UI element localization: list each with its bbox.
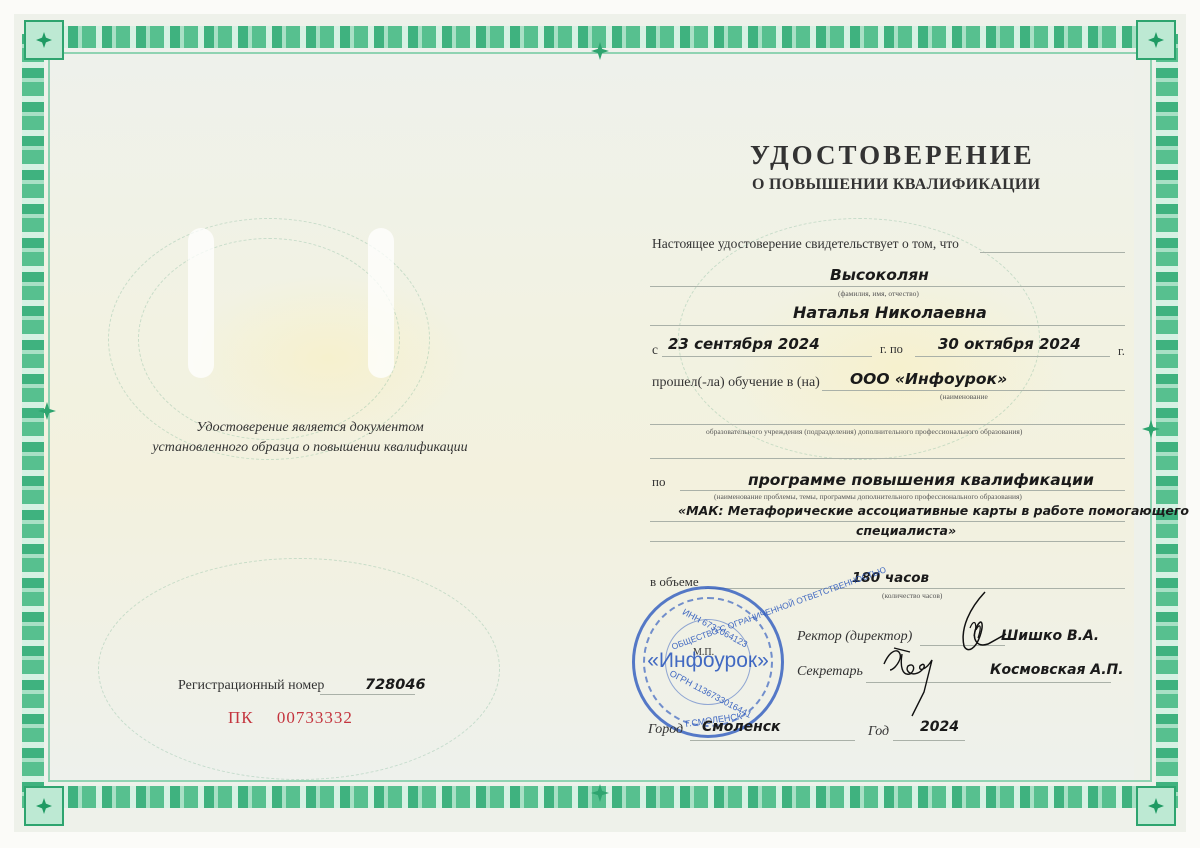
secretary-label: Секретарь <box>797 664 863 680</box>
registration-line <box>320 694 415 695</box>
year-value: 2024 <box>920 719 959 735</box>
period-from-line <box>662 356 872 357</box>
city-value: Смоленск <box>702 719 781 735</box>
program-prefix: по <box>652 474 665 490</box>
period-to-date: 30 октября 2024 <box>938 335 1081 353</box>
series-number: ПК 00733332 <box>228 708 353 728</box>
institution-caption-1: (наименование <box>940 392 988 401</box>
watermark-wave-right <box>368 228 394 378</box>
series-value: 00733332 <box>277 708 353 727</box>
series-prefix: ПК <box>228 708 254 727</box>
program-type: программе повышения квалификации <box>748 471 1094 489</box>
official-stamp: ОБЩЕСТВО С ОГРАНИЧЕННОЙ ОТВЕТСТВЕННОСТЬЮ… <box>632 586 784 738</box>
registration-label: Регистрационный номер <box>178 678 324 694</box>
left-note-line1: Удостоверение является документом <box>130 418 490 438</box>
border-left <box>22 34 44 808</box>
secretary-name: Космовская А.П. <box>990 662 1124 678</box>
border-inner-rule-left <box>48 52 50 782</box>
corner-ornament-icon <box>1136 20 1176 60</box>
given-names-line <box>650 325 1125 326</box>
institution-line <box>822 390 1125 391</box>
guilloche-pattern-bottom-left <box>98 558 500 780</box>
period-from-prefix: с <box>652 342 658 358</box>
left-note-line2: установленного образца о повышении квали… <box>130 438 490 458</box>
program-title-line-2 <box>650 541 1125 542</box>
year-label: Год <box>868 724 889 740</box>
given-names: Наталья Николаевна <box>793 303 987 322</box>
volume-caption: (количество часов) <box>882 591 942 600</box>
city-line <box>690 740 855 741</box>
institution-caption-2: образовательного учреждения (подразделен… <box>706 427 1022 436</box>
name-caption: (фамилия, имя, отчество) <box>838 289 919 298</box>
guilloche-pattern-left-inner <box>138 238 400 440</box>
institution-name: ООО «Инфоурок» <box>850 370 1007 388</box>
blank-line <box>650 458 1125 459</box>
stamp-center-text: «Инфоурок» <box>635 649 781 673</box>
registration-number: 728046 <box>365 677 426 693</box>
document-subtitle: О ПОВЫШЕНИИ КВАЛИФИКАЦИИ <box>752 176 1040 194</box>
border-right <box>1156 34 1178 808</box>
period-to-line <box>915 356 1110 357</box>
institution-label: прошел(-ла) обучение в (на) <box>652 375 820 391</box>
program-title-line2: специалиста» <box>856 523 956 538</box>
program-title-line <box>650 521 1125 522</box>
surname: Высоколян <box>830 266 929 284</box>
period-end-label: г. <box>1118 344 1125 359</box>
watermark-wave-left <box>188 228 214 378</box>
volume-line <box>705 588 1125 589</box>
rector-name: Шишко В.А. <box>1001 628 1099 644</box>
border-inner-rule-right <box>1150 52 1152 782</box>
year-line <box>893 740 965 741</box>
left-note: Удостоверение является документом устано… <box>130 418 490 458</box>
intro-text: Настоящее удостоверение свидетельствует … <box>652 236 959 252</box>
document-title: УДОСТОВЕРЕНИЕ <box>750 140 1035 171</box>
corner-ornament-icon <box>24 786 64 826</box>
border-inner-rule-bottom <box>48 780 1152 782</box>
secretary-signature-icon <box>880 640 950 720</box>
program-title-line1: «МАК: Метафорические ассоциативные карты… <box>678 503 1189 518</box>
corner-ornament-icon <box>24 20 64 60</box>
program-type-line <box>680 490 1125 491</box>
institution-line-2 <box>650 424 1125 425</box>
intro-line <box>980 252 1125 253</box>
period-mid-label: г. по <box>880 342 903 357</box>
program-caption: (наименование проблемы, темы, программы … <box>714 492 1022 501</box>
surname-line <box>650 286 1125 287</box>
corner-ornament-icon <box>1136 786 1176 826</box>
city-label: Город <box>648 722 683 738</box>
period-from-date: 23 сентября 2024 <box>668 335 820 353</box>
rector-signature-icon <box>950 588 1010 658</box>
